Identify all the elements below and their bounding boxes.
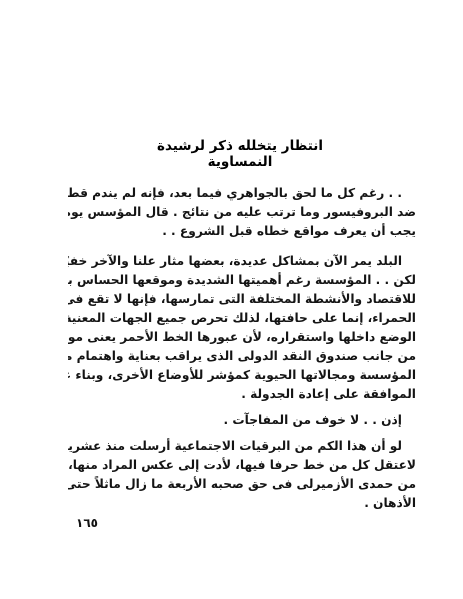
text-line: لو أن هذا الكم من البرقيات الاجتماعية أر… [68, 437, 416, 456]
text-line: من حمدى الأزميرلى فى حق صحبه الأربعة ما … [68, 475, 416, 494]
text-line: إذن . . لا خوف من المفاجآت . [68, 411, 416, 430]
text-line: يجب أن يعرف مواقع خطاه قبل الشروع . . [68, 222, 416, 241]
text-line: الحمراء، إنما على حافتها، لذلك تحرص جميع… [68, 309, 416, 328]
text-line: للاقتصاد والأنشطة المختلفة التى تمارسها،… [68, 290, 416, 309]
page-number: ١٦٥ [76, 516, 98, 530]
book-page: انتظار يتخلله ذكر لرشيدة النمساوية . . ر… [0, 0, 463, 599]
paragraph-4: لو أن هذا الكم من البرقيات الاجتماعية أر… [68, 437, 416, 513]
text-line: لاعتقل كل من خط حرفا فيها، لأدت إلى عكس … [68, 456, 416, 475]
text-line: لكن . . المؤسسة رغم أهميتها الشديدة وموق… [68, 271, 416, 290]
text-line: من جانب صندوق النقد الدولى الذى يراقب بع… [68, 347, 416, 366]
text-line: البلد يمر الآن بمشاكل عديدة، بعضها مثار … [68, 252, 416, 271]
chapter-heading: انتظار يتخلله ذكر لرشيدة النمساوية [130, 138, 350, 170]
paragraph-2: البلد يمر الآن بمشاكل عديدة، بعضها مثار … [68, 252, 416, 404]
text-line: . . رغم كل ما لحق بالجواهري فيما بعد، فإ… [68, 184, 416, 203]
text-line: الأذهان . [68, 494, 416, 513]
text-line: الموافقة على إعادة الجدولة . [68, 385, 416, 404]
text-line: ضد البروفيسور وما ترتب عليه من نتائج . ق… [68, 203, 416, 222]
paragraph-3: إذن . . لا خوف من المفاجآت . [68, 411, 416, 430]
text-line: الوضع داخلها واستقراره، لأن عبورها الخط … [68, 328, 416, 347]
paragraph-1: . . رغم كل ما لحق بالجواهري فيما بعد، فإ… [68, 184, 416, 241]
text-line: المؤسسة ومجالاتها الحيوية كمؤشر للأوضاع … [68, 366, 416, 385]
